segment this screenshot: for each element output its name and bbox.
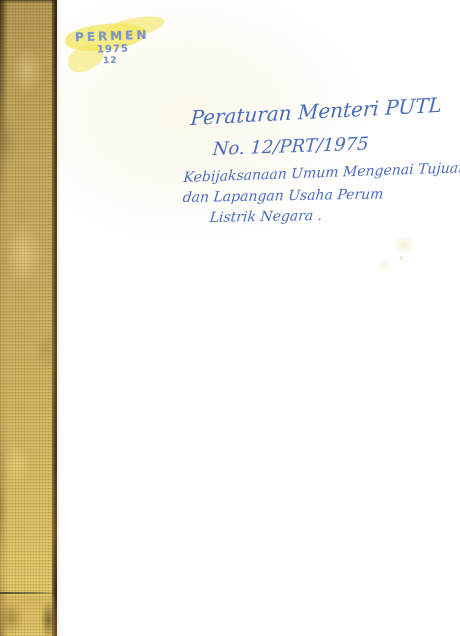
title-line-subject-2: dan Lapangan Usaha Perum	[182, 186, 384, 206]
title-line-number: No. 12/PRT/1975	[212, 133, 369, 160]
library-stamp: PERMEN 1975 12	[65, 22, 205, 92]
spine-top-edge	[0, 0, 57, 3]
title-line-subject-3: Listrik Negara .	[209, 208, 323, 226]
book-front-cover: PERMEN 1975 12 Peraturan Menteri PUTL No…	[57, 0, 460, 636]
stamp-code-label: PERMEN	[75, 28, 150, 45]
title-line-regulation: Peraturan Menteri PUTL	[190, 93, 442, 130]
spine-left-edge-shadow	[0, 0, 8, 636]
spine-crease-line	[0, 592, 55, 594]
paper-stain-speckles	[287, 230, 417, 280]
stamp-number-label: 12	[103, 56, 118, 67]
spine-bottom-stain	[0, 596, 55, 636]
book-spine	[0, 0, 57, 636]
title-line-subject-1: Kebijaksanaan Umum Mengenai Tujuan,	[183, 160, 460, 186]
stamp-year-label: 1975	[97, 43, 129, 55]
scanned-book-cover: PERMEN 1975 12 Peraturan Menteri PUTL No…	[0, 0, 460, 636]
